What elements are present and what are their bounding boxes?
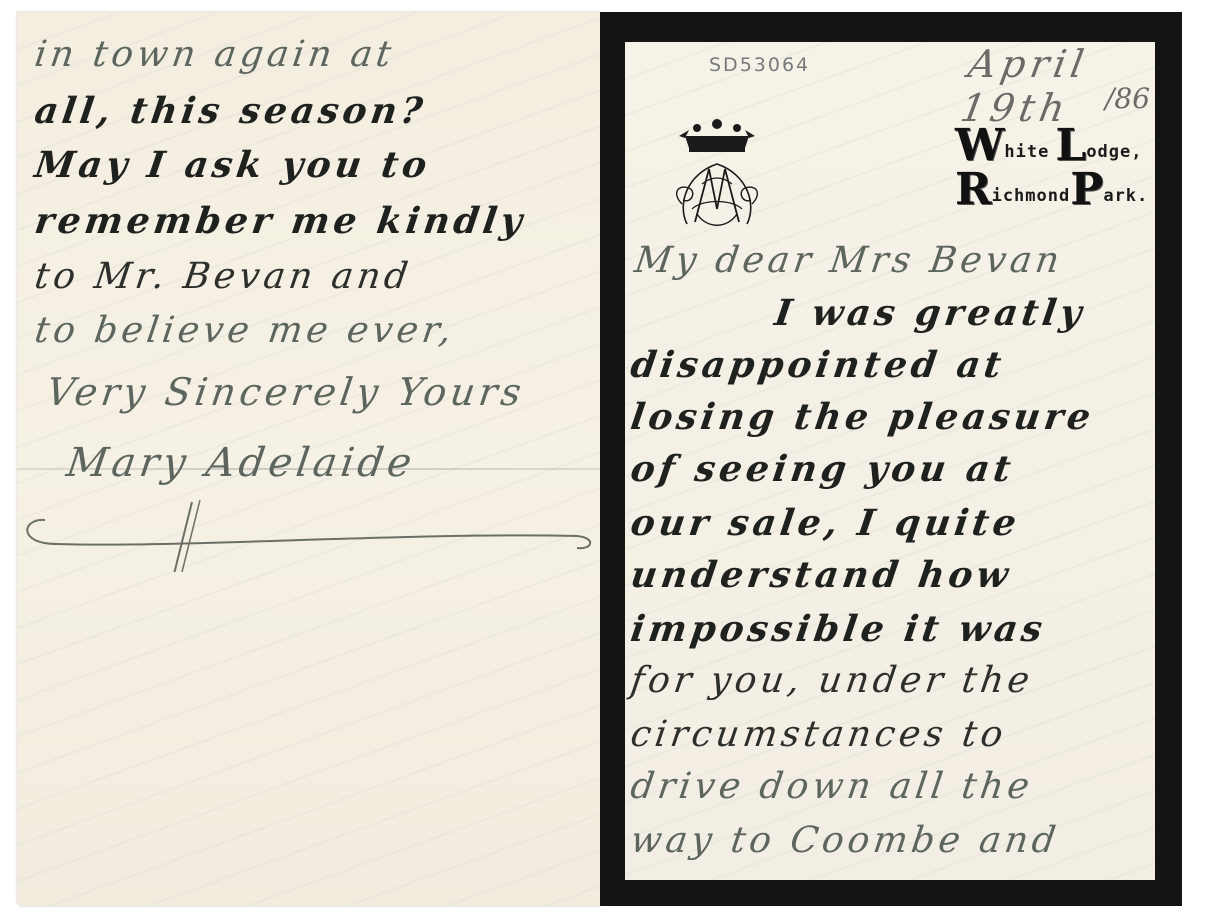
letter-line: remember me kindly	[32, 200, 529, 242]
letter-line: of seeing you at	[628, 448, 1017, 490]
mourning-bordered-sheet: SD53064 April 19th /86 W hite L	[625, 42, 1155, 880]
signature-flourish-icon	[17, 492, 601, 572]
letter-line: all, this season?	[32, 90, 429, 132]
letter-line: for you, under the	[628, 660, 1036, 701]
letterhead-line-2: R ichmond P ark.	[955, 168, 1155, 212]
letter-line: drive down all the	[628, 766, 1036, 807]
letter-year: /86	[1105, 82, 1150, 115]
letter-line: in town again at	[32, 34, 398, 75]
letter-line: understand how	[628, 554, 1015, 596]
letter-right-page: SD53064 April 19th /86 W hite L	[600, 12, 1182, 906]
letter-line: to Mr. Bevan and	[32, 256, 414, 297]
letter-line: losing the pleasure	[628, 396, 1097, 438]
letter-left-page: in town again at all, this season? May I…	[17, 12, 601, 906]
letter-line: circumstances to	[628, 714, 1009, 755]
letter-line: our sale, I quite	[628, 502, 1023, 544]
signature: Mary Adelaide	[64, 440, 419, 486]
letterhead-line-1: W hite L odge,	[955, 124, 1155, 168]
closing-line: Very Sincerely Yours	[44, 370, 528, 414]
letterhead-address: W hite L odge, R ichmond P ark.	[955, 124, 1155, 212]
archive-number: SD53064	[709, 54, 810, 76]
letter-line: disappointed at	[628, 344, 1008, 386]
letter-line: way to Coombe and	[628, 820, 1062, 861]
coronet-monogram-icon	[667, 114, 767, 234]
letter-line: I was greatly	[772, 292, 1088, 334]
letter-line: to believe me ever,	[32, 310, 458, 351]
salutation: My dear Mrs Bevan	[632, 240, 1066, 281]
letter-line: May I ask you to	[32, 144, 433, 186]
letter-line: impossible it was	[628, 608, 1049, 650]
